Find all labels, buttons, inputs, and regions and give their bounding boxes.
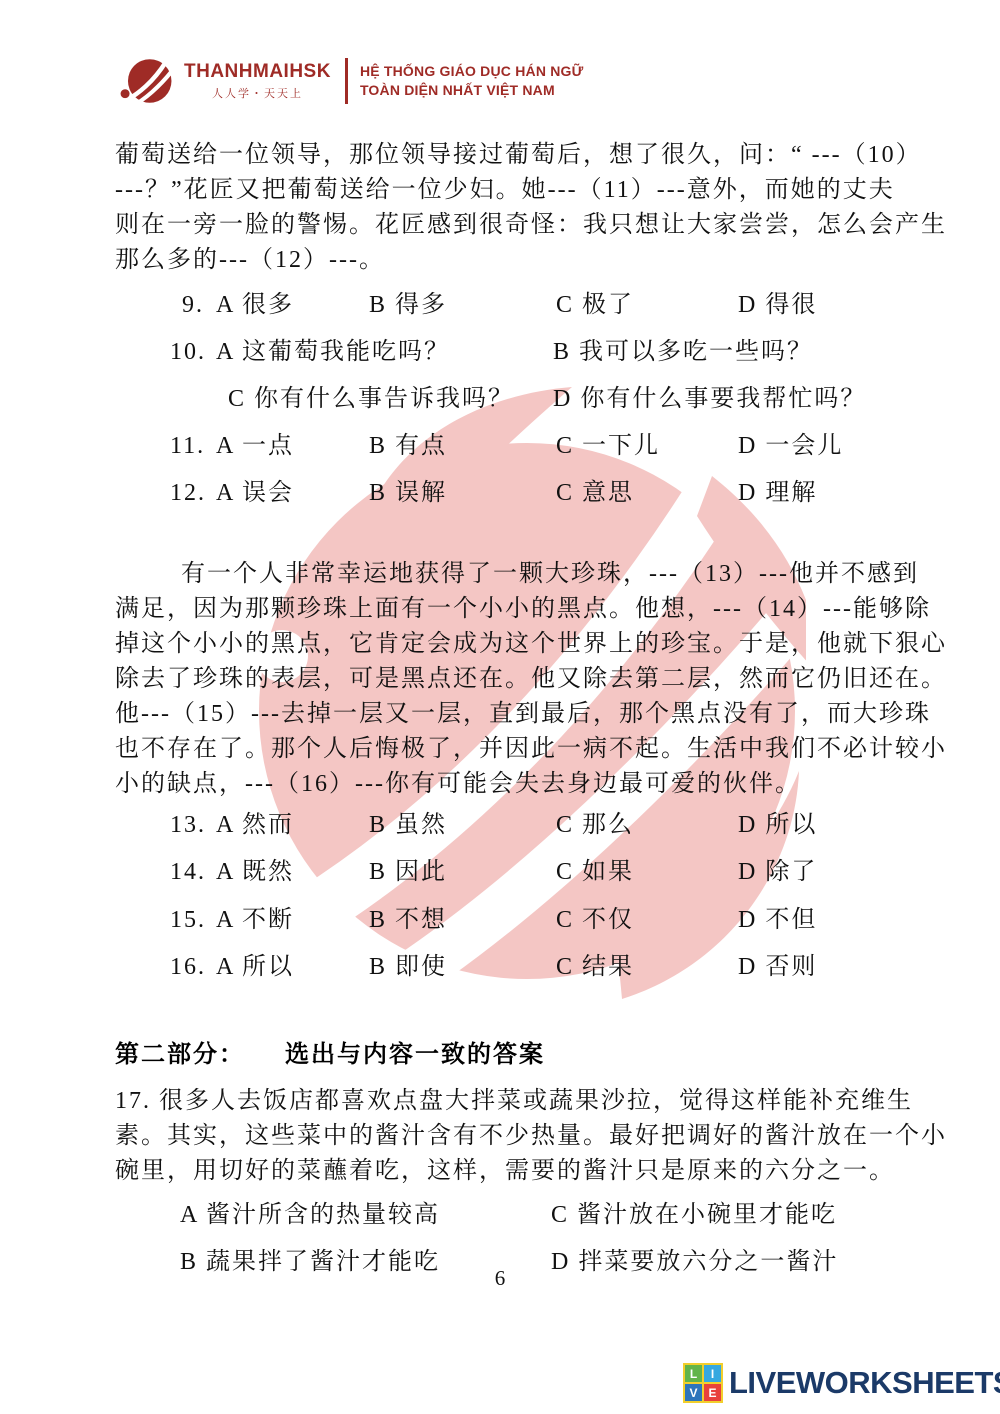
option-c: C 那么 (556, 808, 634, 843)
brand-name: THANHMAIHSK (184, 61, 331, 83)
option-c: C 一下儿 (556, 429, 660, 464)
question-15-row: 15. A 不断 B 不想 C 不仅 D 不但 (115, 903, 937, 938)
option-d: D 一会儿 (738, 429, 843, 464)
brand-block: THANHMAIHSK 人人学・天天上 (184, 61, 331, 101)
option-b: B 因此 (369, 855, 447, 890)
option-c: C 结果 (556, 950, 634, 985)
option-b: B 即使 (369, 950, 447, 985)
passage-2-line: 有一个人非常幸运地获得了一颗大珍珠，---（13）---他并不感到 (115, 557, 937, 592)
option-d: D 理解 (738, 476, 817, 511)
grid-tile-v: V (685, 1384, 702, 1401)
liveworksheets-footer: L I V E LIVEWORKSHEETS (683, 1363, 1000, 1403)
worksheet-page: THANHMAIHSK 人人学・天天上 HỆ THỐNG GIÁO DỤC HÁ… (0, 0, 1000, 1414)
liveworksheets-wordmark: LIVEWORKSHEETS (729, 1365, 1000, 1401)
question-number: 12. (170, 476, 204, 511)
option-b: B 得多 (369, 288, 447, 323)
passage-2-line: 满足，因为那颗珍珠上面有一个小小的黑点。他想，---（14）---能够除 (115, 592, 937, 627)
page-number: 6 (0, 1266, 1000, 1291)
question-17-options-row-1: A 酱汁所含的热量较高 C 酱汁放在小碗里才能吃 (115, 1198, 937, 1233)
option-d: D 除了 (738, 855, 817, 890)
option-c: C 酱汁放在小碗里才能吃 (551, 1198, 837, 1233)
option-a: A 不断 (216, 903, 294, 938)
option-d: D 否则 (738, 950, 817, 985)
question-number: 10. (170, 335, 204, 370)
header: THANHMAIHSK 人人学・天天上 HỆ THỐNG GIÁO DỤC HÁ… (120, 52, 583, 110)
slogan-line-1: HỆ THỐNG GIÁO DỤC HÁN NGỮ (360, 62, 584, 81)
option-c: C 不仅 (556, 903, 634, 938)
question-number: 11. (170, 429, 204, 464)
option-b: B 有点 (369, 429, 447, 464)
question-14-row: 14. A 既然 B 因此 C 如果 D 除了 (115, 855, 937, 890)
option-d: D 所以 (738, 808, 817, 843)
option-d: D 得很 (738, 288, 817, 323)
question-number: 14. (170, 855, 204, 890)
question-number: 9. (170, 288, 204, 323)
option-c: C 你有什么事告诉我吗？ (228, 382, 514, 417)
option-a: A 所以 (216, 950, 294, 985)
option-a: A 很多 (216, 288, 294, 323)
option-a: A 误会 (216, 476, 294, 511)
question-17-line: 碗里，用切好的菜蘸着吃，这样，需要的酱汁只是原来的六分之一。 (115, 1154, 937, 1189)
question-17-passage: 17. 很多人去饭店都喜欢点盘大拌菜或蔬果沙拉，觉得这样能补充维生 素。其实，这… (115, 1084, 937, 1189)
section-2-heading: 第二部分： 选出与内容一致的答案 (115, 1034, 545, 1069)
question-number: 13. (170, 808, 204, 843)
question-12-row: 12. A 误会 B 误解 C 意思 D 理解 (115, 476, 937, 511)
option-c: C 如果 (556, 855, 634, 890)
grid-tile-l: L (685, 1365, 702, 1382)
thanhmaihsk-logo-icon (120, 52, 178, 110)
option-b: B 我可以多吃一些吗？ (553, 335, 813, 370)
brand-tagline: 人人学・天天上 (212, 85, 303, 101)
question-10-row-2: C 你有什么事告诉我吗？ D 你有什么事要我帮忙吗？ (115, 382, 937, 417)
question-10-row: 10. A 这葡萄我能吃吗？ B 我可以多吃一些吗？ (115, 335, 937, 370)
option-a: A 然而 (216, 808, 294, 843)
passage-1: 葡萄送给一位领导，那位领导接过葡萄后，想了很久，问：“ ---（10） ---？… (115, 138, 937, 278)
passage-2-line: 小的缺点，---（16）---你有可能会失去身边最可爱的伙伴。 (115, 767, 937, 802)
brand-slogan: HỆ THỐNG GIÁO DỤC HÁN NGỮ TOÀN DIỆN NHẤT… (360, 62, 584, 100)
question-17-line: 17. 很多人去饭店都喜欢点盘大拌菜或蔬果沙拉，觉得这样能补充维生 (115, 1084, 937, 1119)
passage-1-line: 葡萄送给一位领导，那位领导接过葡萄后，想了很久，问：“ ---（10） (115, 138, 937, 173)
passage-2-line: 他---（15）---去掉一层又一层，直到最后，那个黑点没有了，而大珍珠 (115, 697, 937, 732)
slogan-line-2: TOÀN DIỆN NHẤT VIỆT NAM (360, 81, 584, 100)
question-16-row: 16. A 所以 B 即使 C 结果 D 否则 (115, 950, 937, 985)
option-a: A 既然 (216, 855, 294, 890)
question-13-row: 13. A 然而 B 虽然 C 那么 D 所以 (115, 808, 937, 843)
passage-2-line: 也不存在了。那个人后悔极了，并因此一病不起。生活中我们不必计较小 (115, 732, 937, 767)
option-d: D 不但 (738, 903, 817, 938)
question-11-row: 11. A 一点 B 有点 C 一下儿 D 一会儿 (115, 429, 937, 464)
passage-2-line: 掉这个小小的黑点，它肯定会成为这个世界上的珍宝。于是，他就下狠心 (115, 627, 937, 662)
option-a: A 这葡萄我能吃吗？ (216, 335, 450, 370)
liveworksheets-grid-icon: L I V E (683, 1363, 723, 1403)
question-17-line: 素。其实，这些菜中的酱汁含有不少热量。最好把调好的酱汁放在一个小 (115, 1119, 937, 1154)
option-a: A 一点 (216, 429, 294, 464)
option-b: B 不想 (369, 903, 447, 938)
question-9-row: 9. A 很多 B 得多 C 极了 D 得很 (115, 288, 937, 323)
option-d: D 你有什么事要我帮忙吗？ (553, 382, 866, 417)
question-number: 15. (170, 903, 204, 938)
option-b: B 虽然 (369, 808, 447, 843)
option-c: C 意思 (556, 476, 634, 511)
passage-1-line: ---？”花匠又把葡萄送给一位少妇。她---（11）---意外，而她的丈夫 (115, 173, 937, 208)
option-a: A 酱汁所含的热量较高 (180, 1198, 440, 1233)
passage-2: 有一个人非常幸运地获得了一颗大珍珠，---（13）---他并不感到 满足，因为那… (115, 557, 937, 802)
grid-tile-e: E (704, 1384, 721, 1401)
passage-2-line: 除去了珍珠的表层，可是黑点还在。他又除去第二层，然而它仍旧还在。 (115, 662, 937, 697)
passage-1-line: 那么多的---（12）---。 (115, 243, 937, 278)
option-c: C 极了 (556, 288, 634, 323)
header-divider (345, 58, 348, 104)
question-number: 16. (170, 950, 204, 985)
grid-tile-i: I (704, 1365, 721, 1382)
passage-1-line: 则在一旁一脸的警惕。花匠感到很奇怪：我只想让大家尝尝，怎么会产生 (115, 208, 937, 243)
option-b: B 误解 (369, 476, 447, 511)
